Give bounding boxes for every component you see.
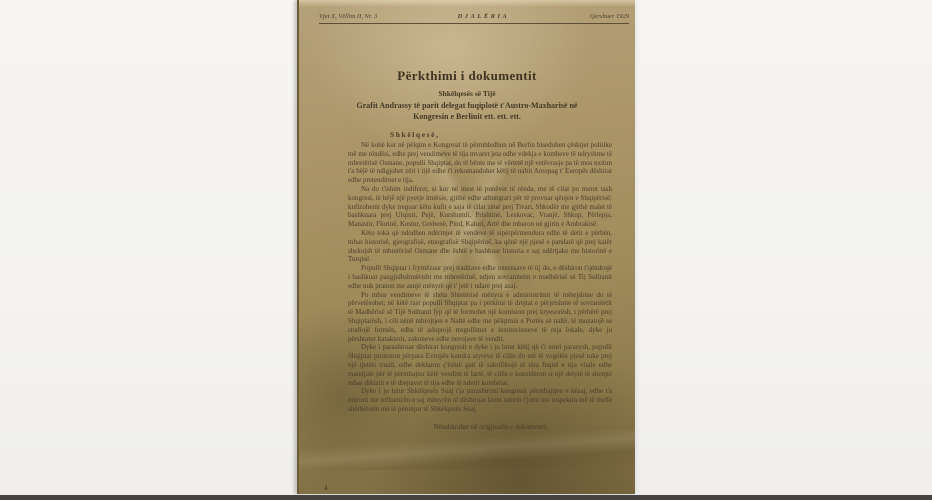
masthead-journal-title: DJALËRIA xyxy=(458,13,510,20)
document-paragraph: Këto toka që ndodhen ndërmjet të vendeve… xyxy=(348,229,612,264)
document-paragraph: Na do t'ishim indiferet, si kur në mest … xyxy=(348,185,612,229)
page-number: 4 xyxy=(324,484,328,492)
document-body: Në kohë kur në pëlqim e Kongresit të për… xyxy=(348,141,612,414)
photo-background: Vjet X, Vëllim II, Nr. 3 DJALËRIA Qershu… xyxy=(0,0,932,500)
document-photo: Vjet X, Vëllim II, Nr. 3 DJALËRIA Qershu… xyxy=(297,0,635,494)
document-paragraph: Dyke i parashtruar dëshirat kongresit e … xyxy=(348,343,612,387)
masthead-date: Qershuer 1929 xyxy=(590,13,629,20)
document-paragraph: Po mbas vendimeve të shëta Shtetërisë më… xyxy=(348,291,612,344)
document-title: Përkthimi i dokumentit xyxy=(299,68,635,84)
masthead: Vjet X, Vëllim II, Nr. 3 DJALËRIA Qershu… xyxy=(319,13,629,24)
document-content: Vjet X, Vëllim II, Nr. 3 DJALËRIA Qershu… xyxy=(299,0,635,494)
document-salutation: Shkëlqesë, xyxy=(390,130,635,139)
document-subtitle-2: Grafit Andrassy të parit delegat fuqiplo… xyxy=(299,101,635,110)
document-paragraph: Populli Shqiptar i frymëzuar prej tradit… xyxy=(348,264,612,290)
photo-bottom-edge xyxy=(0,495,932,500)
document-paragraph: Dyke i ju lutur Shkëlqesës Suaj t'ja par… xyxy=(348,387,612,413)
document-subtitle-1: Shkëlqesës së Tijë xyxy=(299,89,635,98)
document-paragraph: Në kohë kur në pëlqim e Kongresit të për… xyxy=(348,141,612,185)
document-subtitle-3: Kongresin e Berlinit ett. ett. ett. xyxy=(299,112,635,121)
document-closing-note: Nënshkruhet në origjinalin e dokumentit. xyxy=(359,423,623,431)
masthead-issue: Vjet X, Vëllim II, Nr. 3 xyxy=(319,13,377,20)
